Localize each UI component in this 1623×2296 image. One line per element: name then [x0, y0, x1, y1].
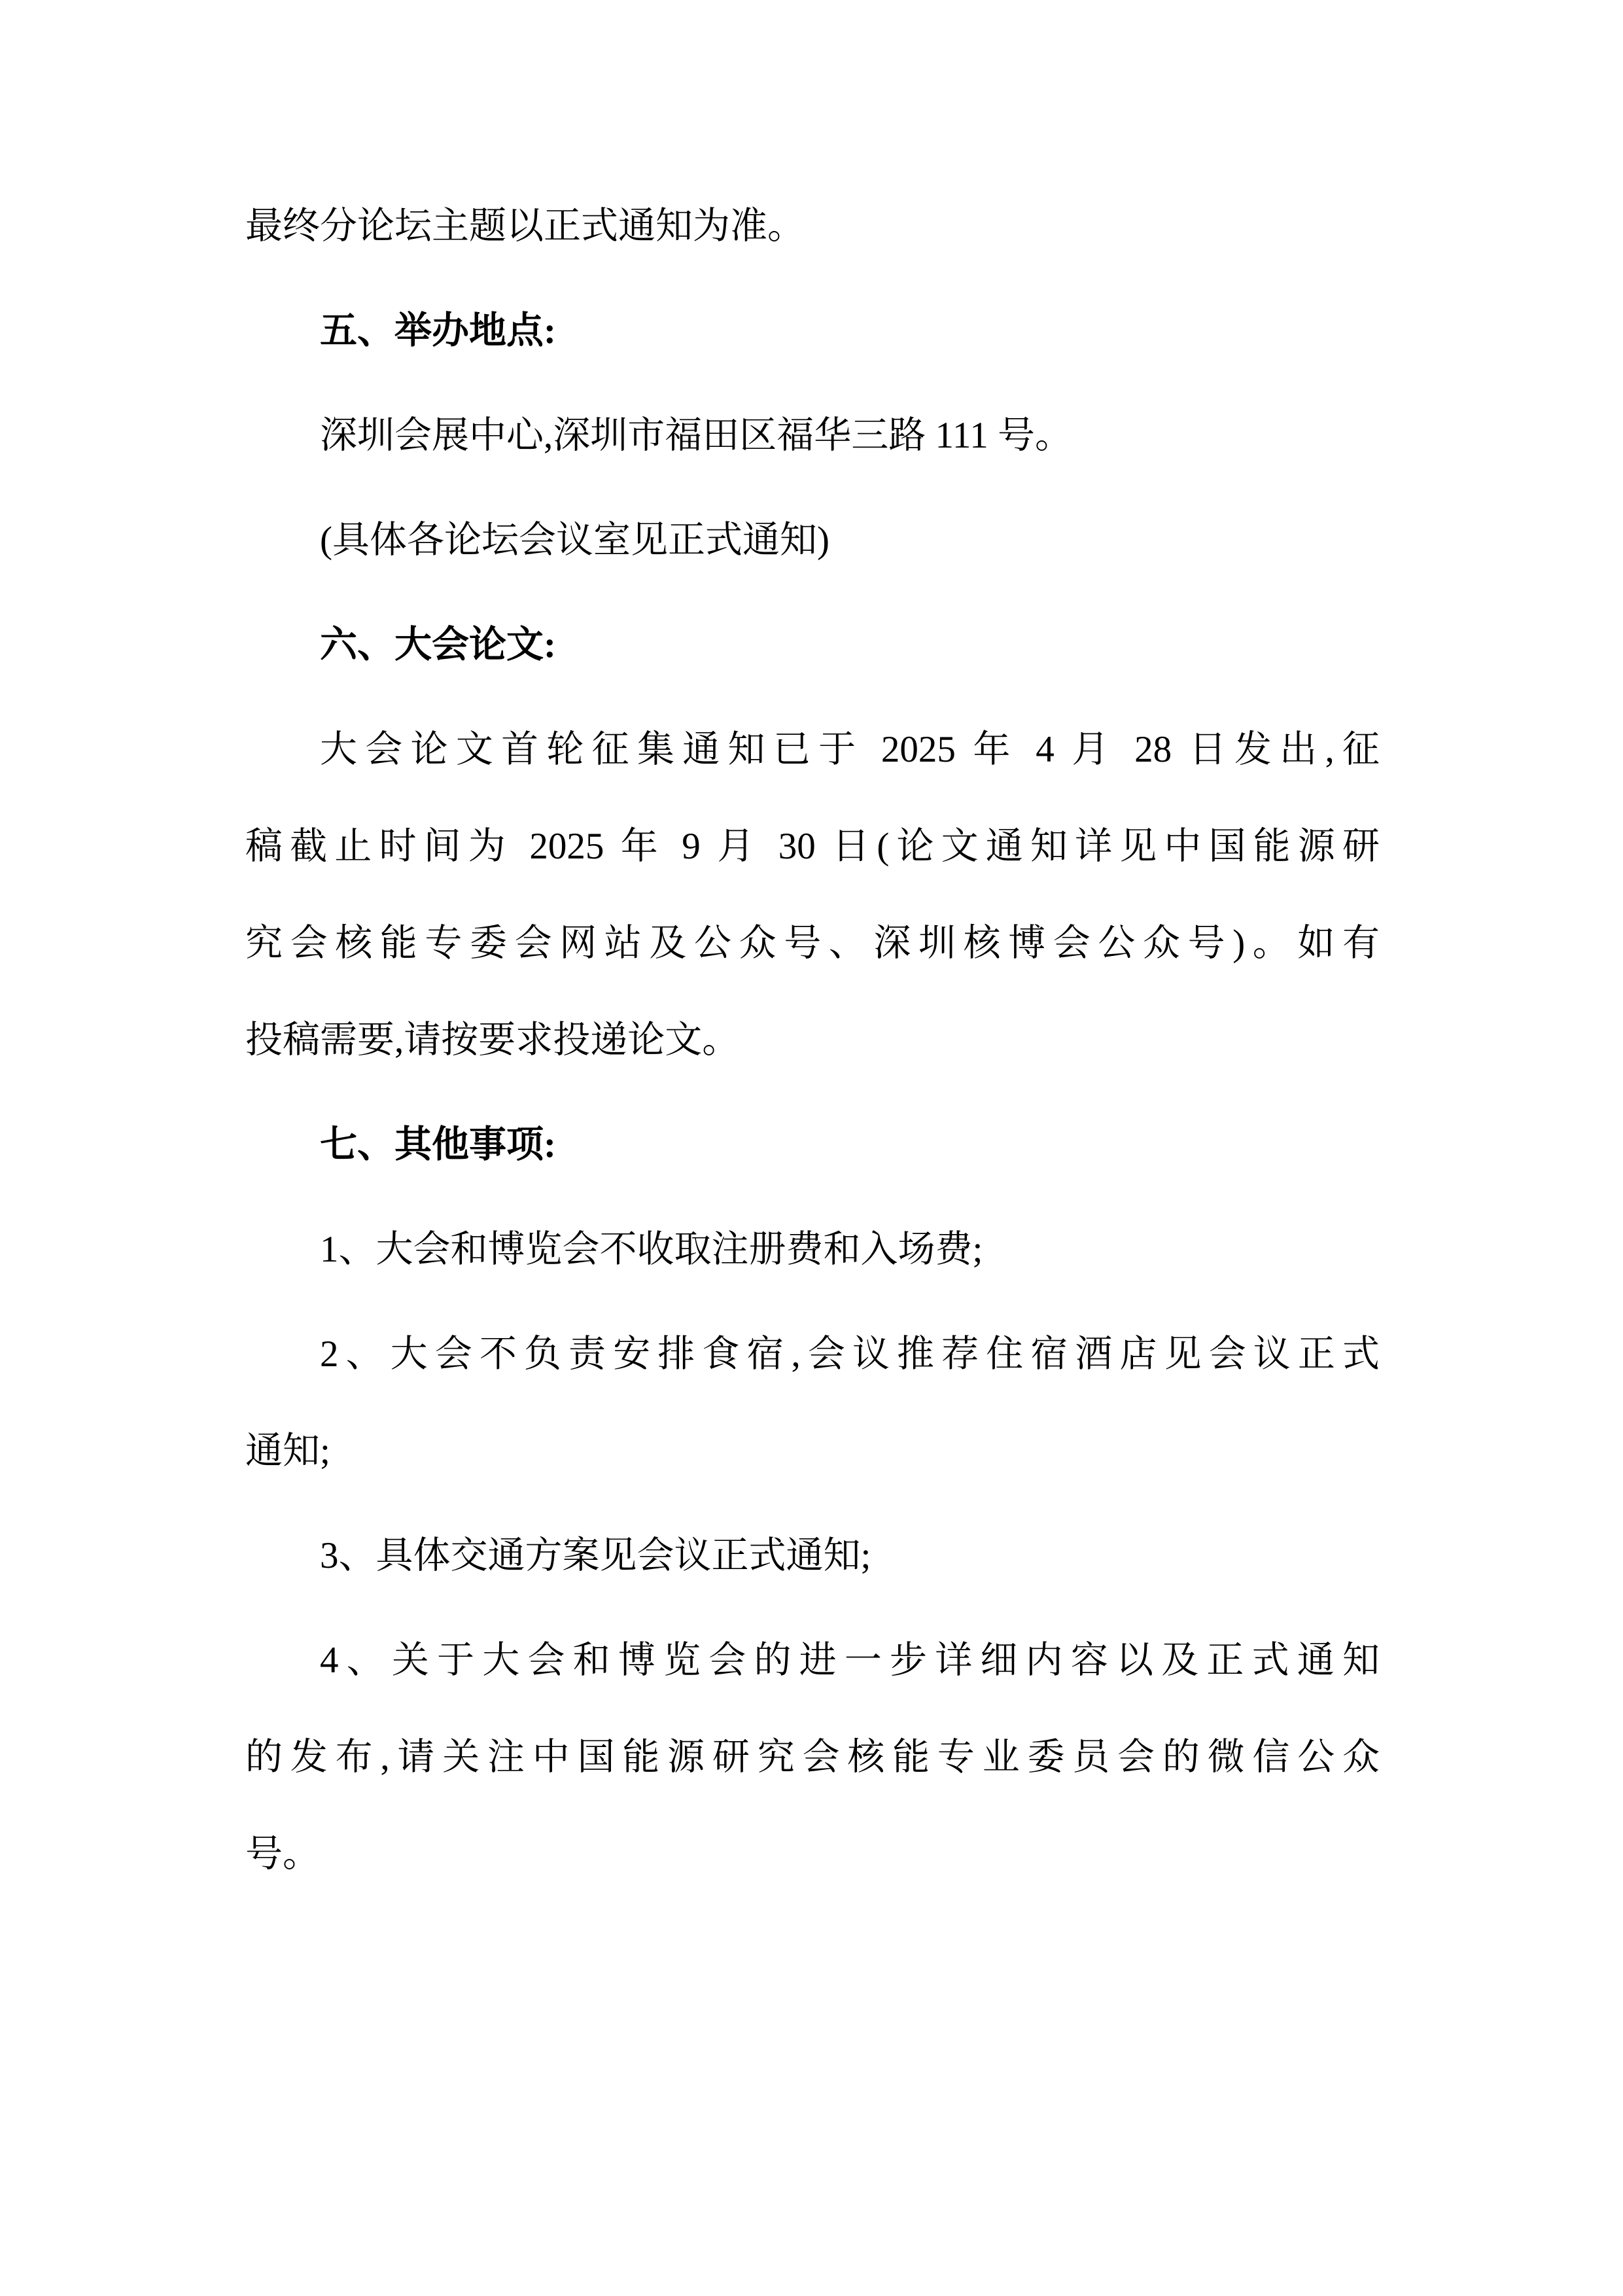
document-paragraph: 3、具体交通方案见会议正式通知; [245, 1508, 1380, 1604]
document-heading-paragraph: 七、其他事项: [245, 1097, 1380, 1193]
text-line: 1、大会和博览会不收取注册费和入场费; [245, 1201, 1380, 1298]
text-line: 号。 [245, 1806, 1380, 1903]
text-line: 2、大会不负责安排食宿,会议推荐住宿酒店见会议正式 [245, 1306, 1380, 1403]
text-line: 究会核能专委会网站及公众号、深圳核博会公众号)。如有 [245, 895, 1380, 992]
text-line: 的发布,请关注中国能源研究会核能专业委员会的微信公众 [245, 1709, 1380, 1806]
text-line: 投稿需要,请按要求投递论文。 [245, 992, 1380, 1089]
document-paragraph: 1、大会和博览会不收取注册费和入场费; [245, 1201, 1380, 1298]
document-paragraph: (具体各论坛会议室见正式通知) [245, 492, 1380, 589]
text-line: (具体各论坛会议室见正式通知) [245, 492, 1380, 589]
document-paragraph: 大会论文首轮征集通知已于 2025 年 4 月 28 日发出,征稿截止时间为 2… [245, 701, 1380, 1089]
text-line: 最终分论坛主题以正式通知为准。 [245, 178, 1380, 275]
text-line: 通知; [245, 1403, 1380, 1500]
document-heading-paragraph: 六、大会论文: [245, 597, 1380, 694]
text-line: 4、关于大会和博览会的进一步详细内容以及正式通知 [245, 1612, 1380, 1709]
text-line: 深圳会展中心,深圳市福田区福华三路 111 号。 [245, 387, 1380, 484]
document-paragraph: 2、大会不负责安排食宿,会议推荐住宿酒店见会议正式通知; [245, 1306, 1380, 1500]
document-paragraph: 4、关于大会和博览会的进一步详细内容以及正式通知的发布,请关注中国能源研究会核能… [245, 1612, 1380, 1903]
text-line: 稿截止时间为 2025 年 9 月 30 日(论文通知详见中国能源研 [245, 798, 1380, 895]
text-line: 大会论文首轮征集通知已于 2025 年 4 月 28 日发出,征 [245, 701, 1380, 798]
document-paragraph: 深圳会展中心,深圳市福田区福华三路 111 号。 [245, 387, 1380, 484]
document-page: 最终分论坛主题以正式通知为准。五、举办地点:深圳会展中心,深圳市福田区福华三路 … [0, 0, 1623, 2296]
text-line: 3、具体交通方案见会议正式通知; [245, 1508, 1380, 1604]
document-content: 最终分论坛主题以正式通知为准。五、举办地点:深圳会展中心,深圳市福田区福华三路 … [245, 178, 1380, 1911]
document-heading-paragraph: 五、举办地点: [245, 283, 1380, 380]
heading-line: 五、举办地点: [245, 283, 1380, 380]
heading-line: 六、大会论文: [245, 597, 1380, 694]
heading-line: 七、其他事项: [245, 1097, 1380, 1193]
document-paragraph: 最终分论坛主题以正式通知为准。 [245, 178, 1380, 275]
